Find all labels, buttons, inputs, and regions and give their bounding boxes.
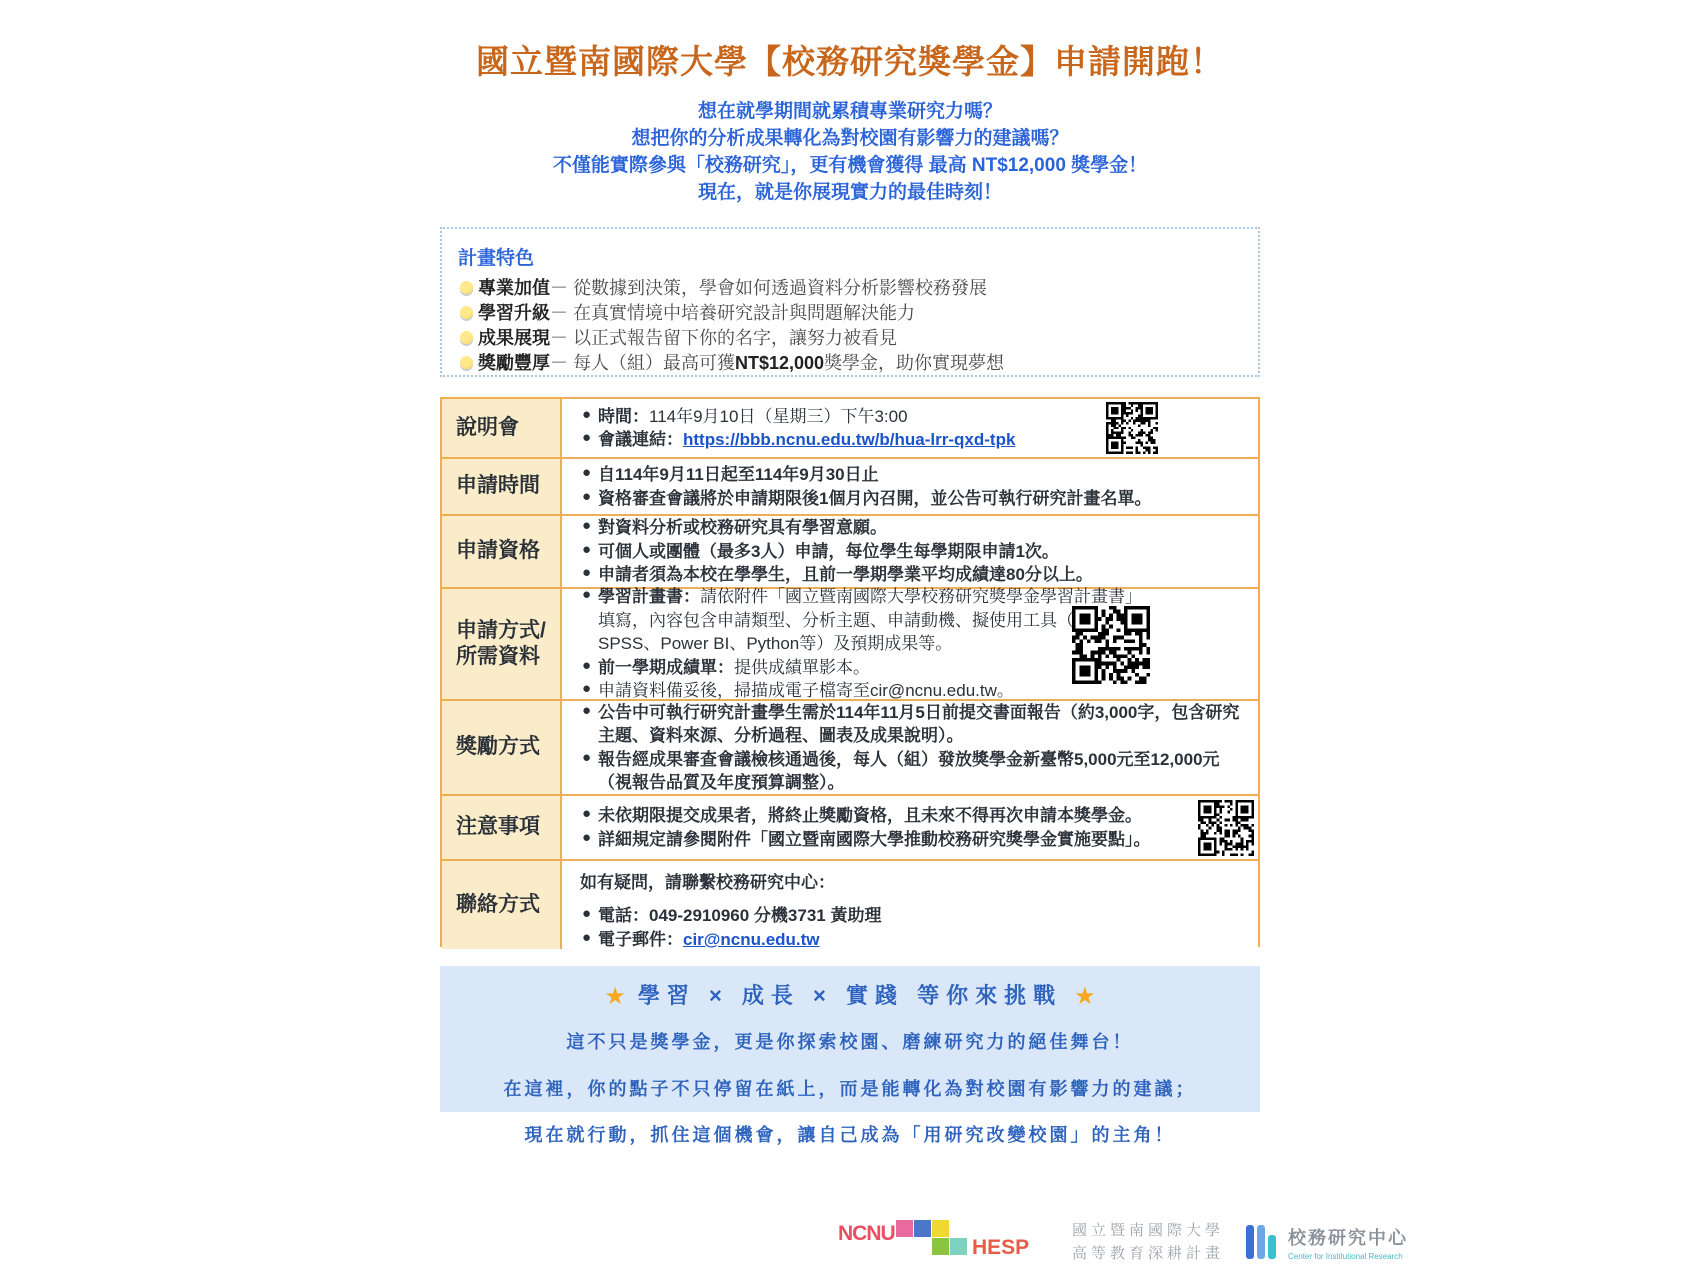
list-item: ●資格審查會議將於申請期限後1個月內召開，並公告可執行研究計畫名單。	[580, 487, 1244, 510]
logo-square-yellow	[932, 1220, 949, 1237]
star-icon: ★	[1074, 983, 1096, 1010]
logo-square-teal	[950, 1238, 967, 1255]
cir-name: 校務研究中心	[1288, 1224, 1408, 1250]
banner-headline: ★學習 × 成長 × 實踐 等你來挑戰★	[440, 966, 1260, 1011]
star-icon: ★	[604, 983, 626, 1010]
ncnu-hesp-logo: NCNU HESP	[838, 1216, 1050, 1268]
list-item: ●電話：049-2910960 分機3731 黃助理	[580, 904, 1244, 927]
logo-square-green	[932, 1238, 949, 1255]
hesp-logo-text: HESP	[972, 1236, 1029, 1260]
closing-banner: ★學習 × 成長 × 實踐 等你來挑戰★ 這不只是獎學金，更是你探索校園、磨練研…	[440, 966, 1260, 1112]
list-item: ●自114年9月11日起至114年9月30日止	[580, 463, 1244, 486]
table-row-contact: 聯絡方式 如有疑問，請聯繫校務研究中心： ●電話：049-2910960 分機3…	[442, 859, 1258, 949]
bulb-icon	[460, 306, 473, 319]
qr-code	[1106, 402, 1158, 454]
info-table: 說明會 ●時間：114年9月10日（星期三）下午3:00 ●會議連結：https…	[440, 397, 1260, 947]
list-item: ●詳細規定請參閱附件「國立暨南國際大學推動校務研究獎學金實施要點」。	[580, 828, 1198, 851]
cir-subtitle: Center for Institutional Research	[1288, 1252, 1408, 1261]
row-header: 申請方式/ 所需資料	[442, 589, 562, 699]
list-item: ●未依期限提交成果者，將終止獎勵資格，且未來不得再次申請本獎學金。	[580, 804, 1198, 827]
table-row-how-to-apply: 申請方式/ 所需資料 ●學習計畫書：請依附件「國立暨南國際大學校務研究獎學金學習…	[442, 587, 1258, 699]
features-box: 計畫特色 專業加值 － 從數據到決策，學會如何透過資料分析影響校務發展 學習升級…	[440, 227, 1260, 377]
qr-code	[1198, 800, 1254, 856]
list-item: ●電子郵件：cir@ncnu.edu.tw	[580, 928, 1244, 951]
intro-line-3: 不僅能實際參與「校務研究」，更有機會獲得 最高 NT$12,000 獎學金！	[440, 152, 1260, 179]
feature-item: 成果展現 － 以正式報告留下你的名字，讓努力被看見	[458, 326, 1242, 351]
table-row-briefing: 說明會 ●時間：114年9月10日（星期三）下午3:00 ●會議連結：https…	[442, 399, 1258, 457]
logo-square-pink	[896, 1220, 913, 1237]
bulb-icon	[460, 356, 473, 369]
list-item: ●報告經成果審查會議檢核通過後，每人（組）發放獎學金新臺幣5,000元至12,0…	[580, 748, 1244, 795]
row-header: 申請時間	[442, 459, 562, 514]
feature-item: 專業加值 － 從數據到決策，學會如何透過資料分析影響校務發展	[458, 276, 1242, 301]
email-link[interactable]: cir@ncnu.edu.tw	[683, 930, 820, 949]
list-item: ●公告中可執行研究計畫學生需於114年11月5日前提交書面報告（約3,000字，…	[580, 701, 1244, 748]
row-header: 注意事項	[442, 796, 562, 859]
table-row-reward: 獎勵方式 ●公告中可執行研究計畫學生需於114年11月5日前提交書面報告（約3,…	[442, 699, 1258, 794]
qr-code	[1072, 606, 1150, 684]
higher-ed-program-label: 國立暨南國際大學 高等教育深耕計畫	[1072, 1219, 1224, 1266]
intro-line-4: 現在，就是你展現實力的最佳時刻！	[440, 179, 1260, 206]
cir-logo: 校務研究中心 Center for Institutional Research	[1246, 1223, 1408, 1261]
row-content: ●對資料分析或校務研究具有學習意願。 ●可個人或團體（最多3人）申請，每位學生每…	[562, 516, 1258, 587]
footer-logos: NCNU HESP 國立暨南國際大學 高等教育深耕計畫 校務研究中心 Cente…	[838, 1214, 1408, 1270]
list-item: ●對資料分析或校務研究具有學習意願。	[580, 516, 1244, 539]
banner-line: 這不只是獎學金，更是你探索校園、磨練研究力的絕佳舞台！	[440, 1028, 1260, 1054]
table-row-notes: 注意事項 ●未依期限提交成果者，將終止獎勵資格，且未來不得再次申請本獎學金。 ●…	[442, 794, 1258, 859]
intro-paragraph: 想在就學期間就累積專業研究力嗎？ 想把你的分析成果轉化為對校園有影響力的建議嗎？…	[440, 98, 1260, 206]
banner-line: 現在就行動，抓住這個機會，讓自己成為「用研究改變校園」的主角！	[440, 1121, 1260, 1147]
feature-item: 獎勵豐厚 － 每人（組）最高可獲 NT$12,000 獎學金，助你實現夢想	[458, 351, 1242, 376]
row-header: 獎勵方式	[442, 701, 562, 794]
row-content: 如有疑問，請聯繫校務研究中心： ●電話：049-2910960 分機3731 黃…	[562, 861, 1258, 949]
flyer-page: 國立暨南國際大學【校務研究獎學金】申請開跑！ 想在就學期間就累積專業研究力嗎？ …	[0, 0, 1707, 1280]
ncnu-logo-text: NCNU	[838, 1222, 895, 1246]
bulb-icon	[460, 281, 473, 294]
list-item: ●申請者須為本校在學學生，且前一學期學業平均成績達80分以上。	[580, 563, 1244, 586]
row-header: 申請資格	[442, 516, 562, 587]
row-content: ●學習計畫書：請依附件「國立暨南國際大學校務研究獎學金學習計畫書」填寫，內容包含…	[562, 589, 1258, 699]
banner-line: 在這裡，你的點子不只停留在紙上，而是能轉化為對校園有影響力的建議；	[440, 1075, 1260, 1101]
table-row-apply-period: 申請時間 ●自114年9月11日起至114年9月30日止 ●資格審查會議將於申請…	[442, 457, 1258, 514]
row-content: ●公告中可執行研究計畫學生需於114年11月5日前提交書面報告（約3,000字，…	[562, 701, 1258, 794]
bulb-icon	[460, 331, 473, 344]
intro-line-2: 想把你的分析成果轉化為對校園有影響力的建議嗎？	[440, 125, 1260, 152]
logo-square-blue	[914, 1220, 931, 1237]
row-content: ●自114年9月11日起至114年9月30日止 ●資格審查會議將於申請期限後1個…	[562, 459, 1258, 514]
row-header: 聯絡方式	[442, 861, 562, 949]
highlight-amount: 最高 NT$12,000 獎學金	[929, 155, 1129, 176]
intro-line-1: 想在就學期間就累積專業研究力嗎？	[440, 98, 1260, 125]
table-row-eligibility: 申請資格 ●對資料分析或校務研究具有學習意願。 ●可個人或團體（最多3人）申請，…	[442, 514, 1258, 587]
cir-bars-icon	[1246, 1223, 1280, 1261]
features-heading: 計畫特色	[458, 243, 1242, 270]
list-item: ●可個人或團體（最多3人）申請，每位學生每學期限申請1次。	[580, 540, 1244, 563]
row-content: ●時間：114年9月10日（星期三）下午3:00 ●會議連結：https://b…	[562, 399, 1258, 457]
meeting-link[interactable]: https://bbb.ncnu.edu.tw/b/hua-lrr-qxd-tp…	[683, 430, 1015, 449]
feature-item: 學習升級 － 在真實情境中培養研究設計與問題解決能力	[458, 301, 1242, 326]
row-content: ●未依期限提交成果者，將終止獎勵資格，且未來不得再次申請本獎學金。 ●詳細規定請…	[562, 796, 1258, 859]
contact-lead: 如有疑問，請聯繫校務研究中心：	[580, 871, 1244, 894]
page-title: 國立暨南國際大學【校務研究獎學金】申請開跑！	[440, 36, 1260, 83]
row-header: 說明會	[442, 399, 562, 457]
